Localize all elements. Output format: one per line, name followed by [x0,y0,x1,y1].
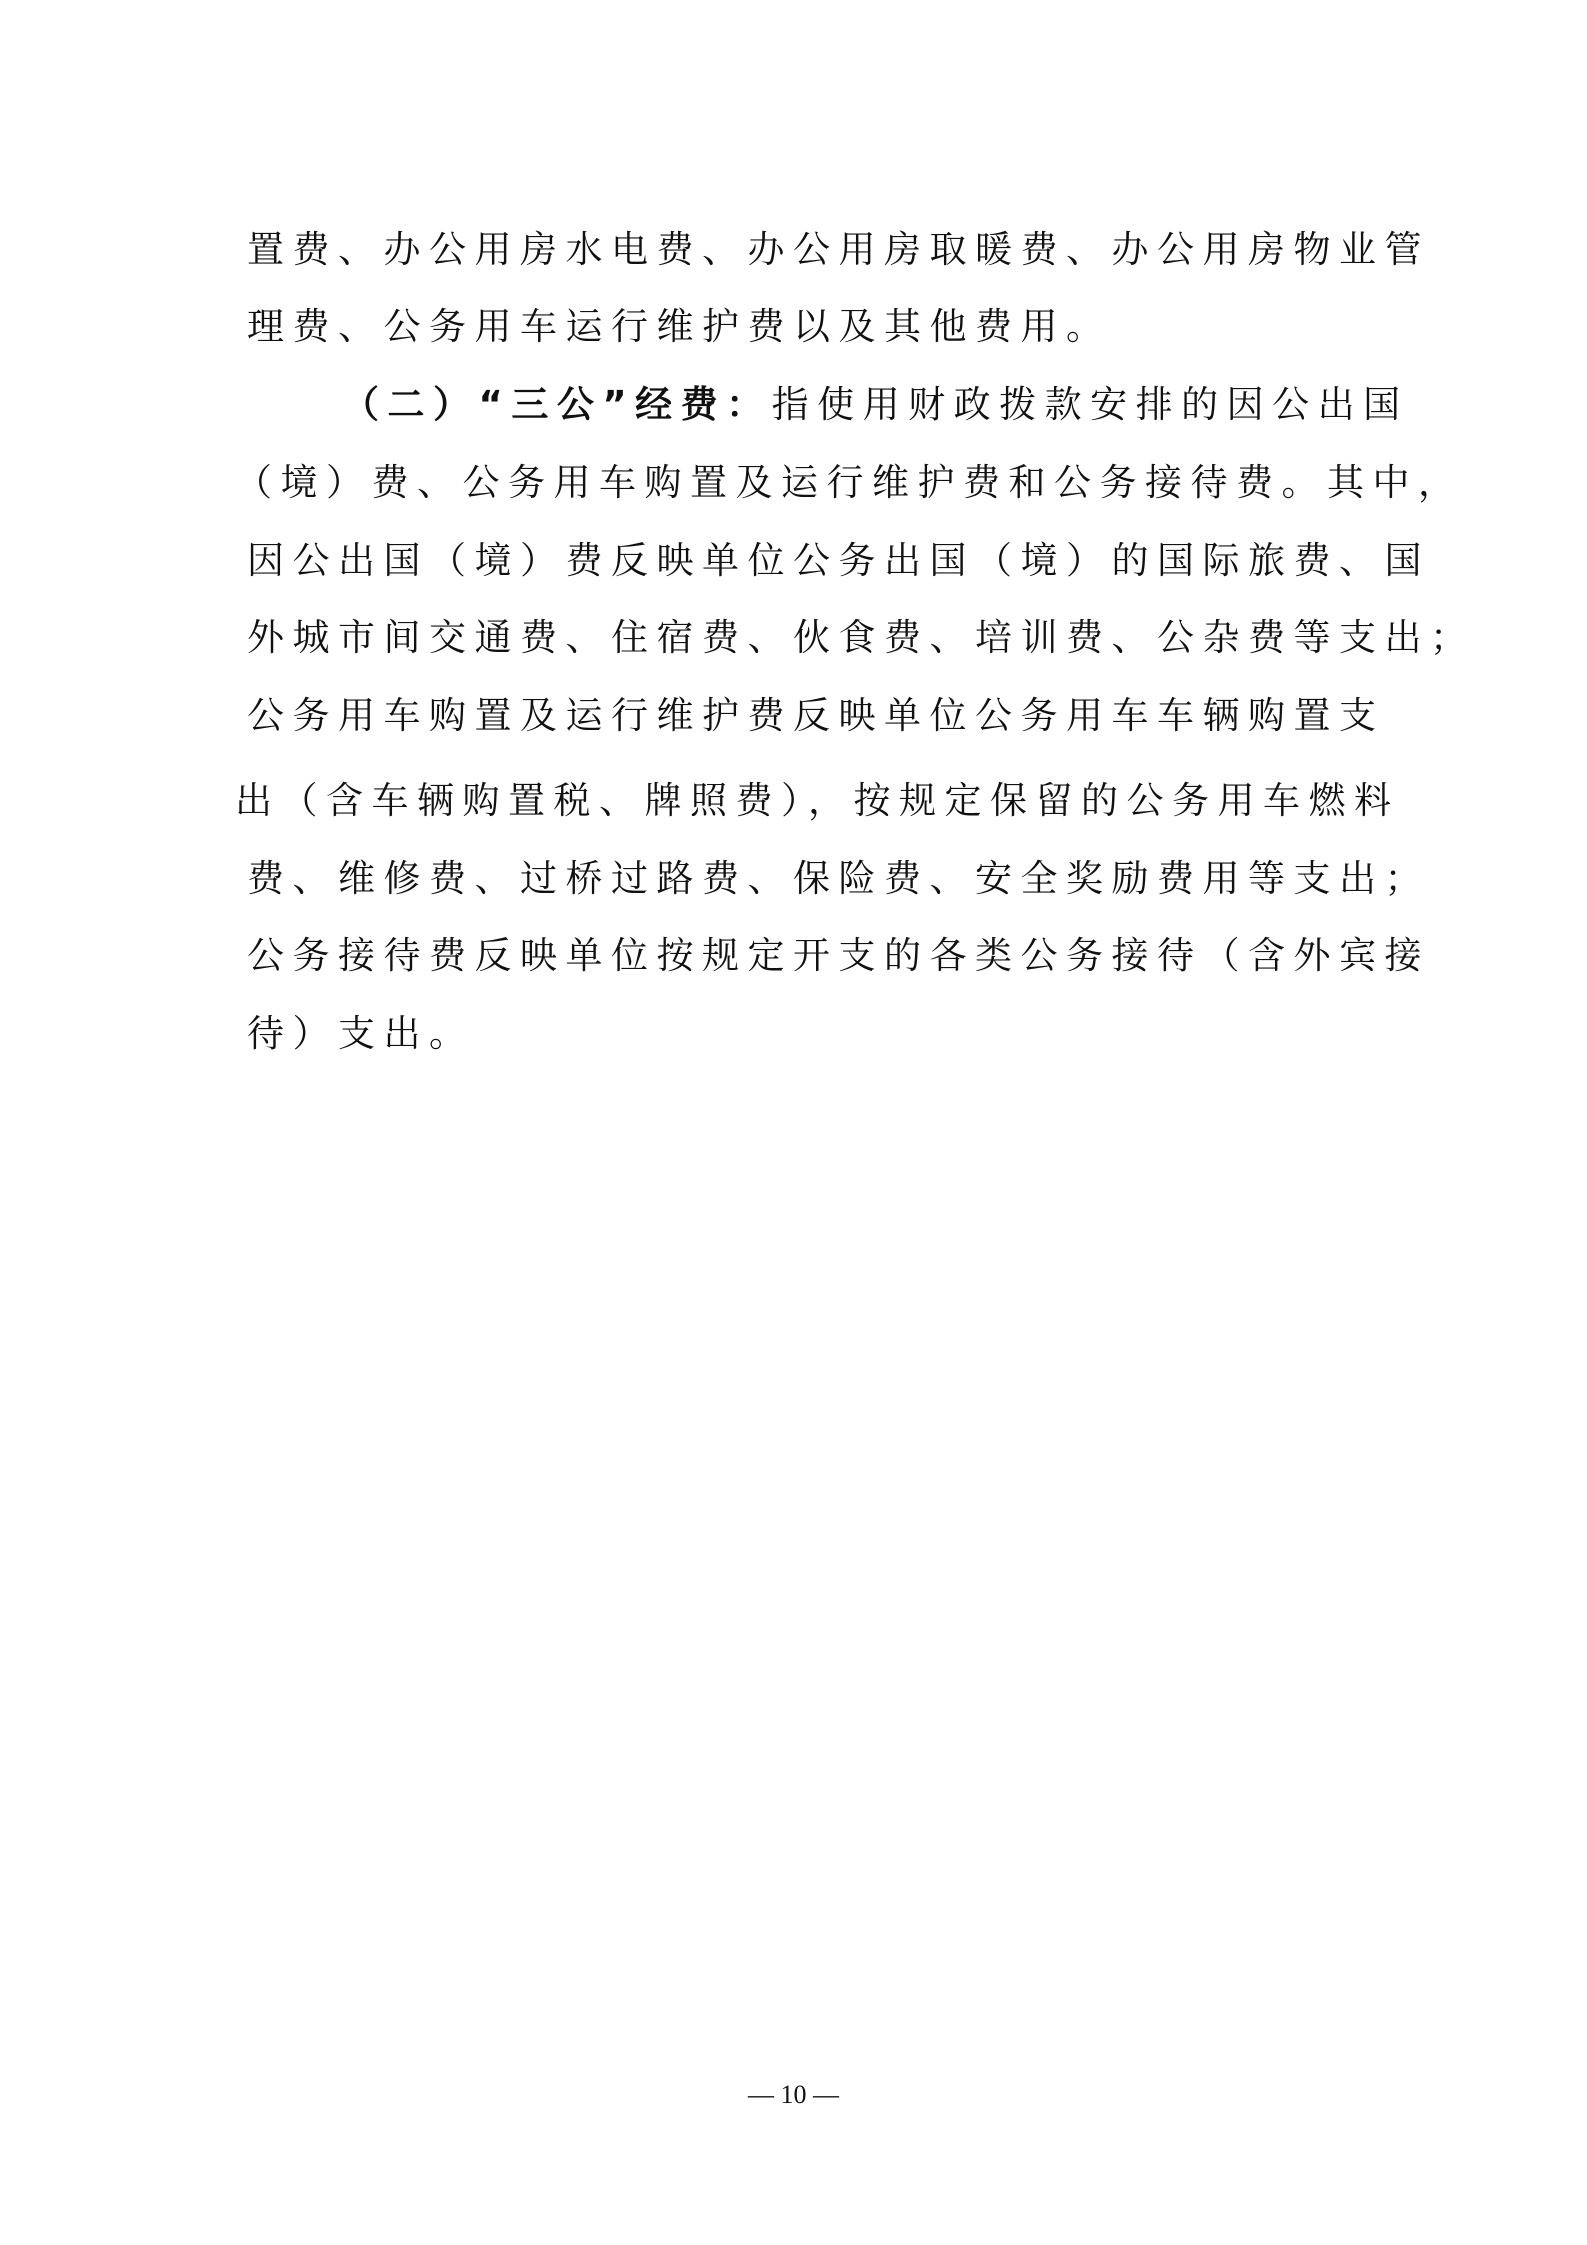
section-heading: （二）“三公”经费： [342,383,772,426]
paragraph-line: 待）支出。 [247,1010,1357,1058]
paragraph-line: 公务接待费反映单位按规定开支的各类公务接待（含外宾接 [247,932,1357,980]
paragraph-line: 费、维修费、过桥过路费、保险费、安全奖励费用等支出； [247,855,1357,903]
paragraph-line: 因公出国（境）费反映单位公务出国（境）的国际旅费、国 [247,537,1357,585]
document-page: 置费、办公用房水电费、办公用房取暖费、办公用房物业管 理费、公务用车运行维护费以… [0,0,1587,2245]
section-heading-rest: 指使用财政拨款安排的因公出国 [772,383,1409,426]
section-heading-line: （二）“三公”经费：指使用财政拨款安排的因公出国 [342,381,1357,429]
paragraph-line: 外城市间交通费、住宿费、伙食费、培训费、公杂费等支出； [247,614,1357,662]
paragraph-line: 公务用车购置及运行维护费反映单位公务用车车辆购置支 [247,692,1357,740]
paragraph-line: 置费、办公用房水电费、办公用房取暖费、办公用房物业管 [247,226,1357,274]
page-number: — 10 — [0,2080,1587,2110]
paragraph-line: （境）费、公务用车购置及运行维护费和公务接待费。其中， [235,459,1345,507]
paragraph-line: 出（含车辆购置税、牌照费），按规定保留的公务用车燃料 [235,777,1345,825]
paragraph-line: 理费、公务用车运行维护费以及其他费用。 [247,303,1357,351]
